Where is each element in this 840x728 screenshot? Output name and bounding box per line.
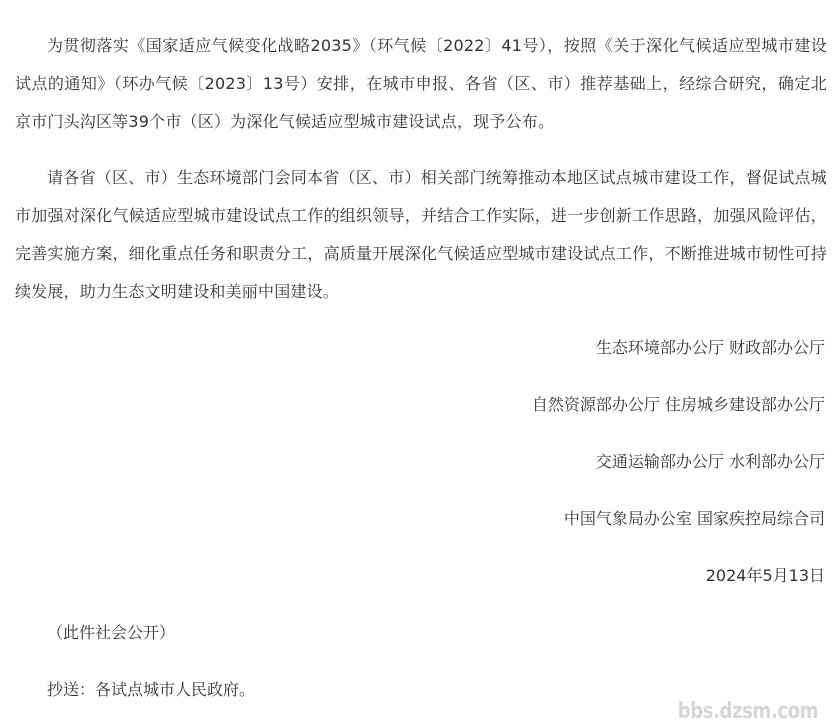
paragraph-intro: 为贯彻落实《国家适应气候变化战略2035》（环气候〔2022〕41号），按照《关… xyxy=(15,27,827,141)
issue-date: 2024年5月13日 xyxy=(15,557,827,595)
paragraph-requirements: 请各省（区、市）生态环境部门会同本省（区、市）相关部门统筹推动本地区试点城市建设… xyxy=(15,159,827,311)
signatory-line: 中国气象局办公室 国家疾控局综合司 xyxy=(15,500,827,538)
signatory-line: 生态环境部办公厅 财政部办公厅 xyxy=(15,329,827,367)
site-watermark: bbs.dzsm.com xyxy=(678,699,818,724)
article-body: 为贯彻落实《国家适应气候变化战略2035》（环气候〔2022〕41号），按照《关… xyxy=(15,27,827,728)
signatory-line: 交通运输部办公厅 水利部办公厅 xyxy=(15,443,827,481)
signature-block: 生态环境部办公厅 财政部办公厅 自然资源部办公厅 住房城乡建设部办公厅 交通运输… xyxy=(15,329,827,595)
disclosure-note: （此件社会公开） xyxy=(15,614,827,652)
signatory-line: 自然资源部办公厅 住房城乡建设部办公厅 xyxy=(15,386,827,424)
